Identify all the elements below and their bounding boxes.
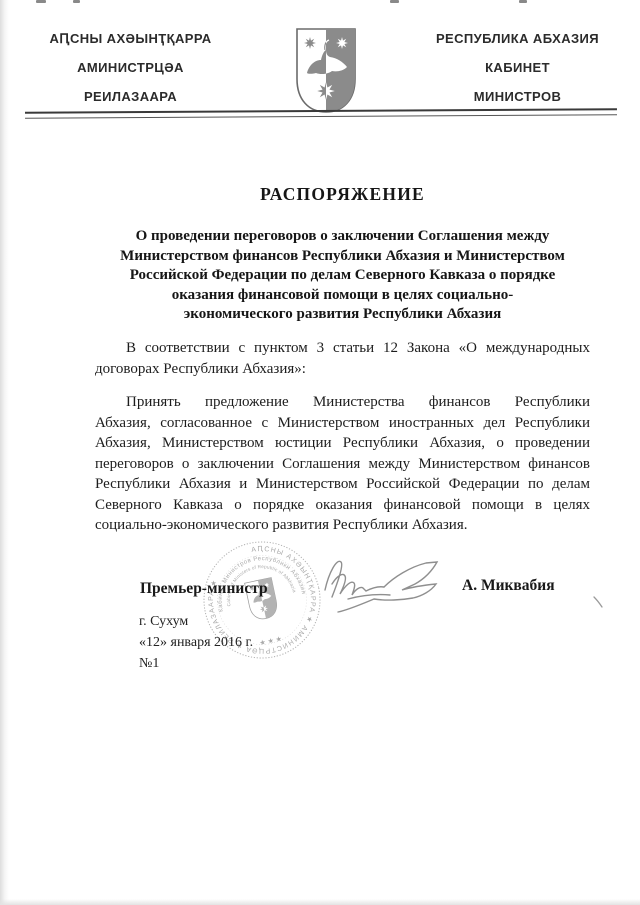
body-line: Принять предложение Министерства финансо… (95, 392, 590, 413)
footer-date: «12» января 2016 г. (139, 632, 253, 653)
paragraph-resolution: Принять предложение Министерства финансо… (95, 392, 590, 536)
scanned-document-page: АԤСНЫ АХӘЫНҬҚАРРА АМИНИСТРЦӘА РЕИЛАЗААРА (0, 0, 640, 905)
header-abkhazian: АԤСНЫ АХӘЫНҬҚАРРА АМИНИСТРЦӘА РЕИЛАЗААРА (28, 24, 233, 111)
scan-artifact (390, 0, 399, 3)
header-russian-line1: РЕСПУБЛИКА АБХАЗИЯ (415, 24, 620, 53)
subject-line: Российской Федерации по делам Северного … (95, 266, 590, 286)
document-title: РАСПОРЯЖЕНИЕ (95, 184, 590, 205)
header-russian-line2: КАБИНЕТ (415, 53, 620, 82)
body-line: Северного Кавказа о порядке оказания фин… (95, 495, 590, 516)
document-subject: О проведении переговоров о заключении Со… (95, 227, 590, 325)
body-line: В соответствии с пунктом 3 статьи 12 Зак… (95, 338, 590, 359)
body-line: Абхазия, согласованное с Министерством и… (95, 413, 590, 434)
scan-edge-bottom (0, 899, 640, 905)
handwritten-signature-icon (318, 552, 458, 618)
subject-line: оказания финансовой помощи в целях социа… (95, 286, 590, 306)
subject-line: О проведении переговоров о заключении Со… (95, 227, 590, 247)
signer-name: А. Миквабия (462, 577, 555, 595)
header-abkhazian-line1: АԤСНЫ АХӘЫНҬҚАРРА (28, 24, 233, 53)
abkhazia-coat-of-arms-icon (295, 27, 357, 114)
header-russian: РЕСПУБЛИКА АБХАЗИЯ КАБИНЕТ МИНИСТРОВ (415, 24, 620, 111)
header-russian-line3: МИНИСТРОВ (415, 82, 620, 111)
header-abkhazian-line2: АМИНИСТРЦӘА (28, 53, 233, 82)
signer-role-label: Премьер-министр (140, 580, 268, 598)
scan-artifact (519, 0, 527, 3)
subject-line: Министерством финансов Республики Абхази… (95, 247, 590, 267)
body-line: договорах Республики Абхазия»: (95, 359, 590, 380)
body-line: Абхазия, Министерством юстиции Республик… (95, 433, 590, 454)
pen-tick-mark (592, 595, 606, 609)
body-line: переговоров о заключении Соглашения межд… (95, 454, 590, 475)
footer-city: г. Сухум (139, 611, 253, 632)
header-abkhazian-line3: РЕИЛАЗААРА (28, 82, 233, 111)
document-footer: г. Сухум «12» января 2016 г. №1 (139, 611, 253, 674)
footer-number: №1 (139, 653, 253, 674)
body-line: Республики Абхазия и Министерством Росси… (95, 474, 590, 495)
scan-artifact (73, 0, 80, 3)
paragraph-legal-basis: В соответствии с пунктом 3 статьи 12 Зак… (95, 338, 590, 379)
scan-edge-left (0, 0, 9, 905)
body-line: социально-экономического развития Респуб… (95, 515, 590, 536)
scan-artifact (36, 0, 46, 3)
subject-line: экономического развития Республики Абхаз… (95, 305, 590, 325)
